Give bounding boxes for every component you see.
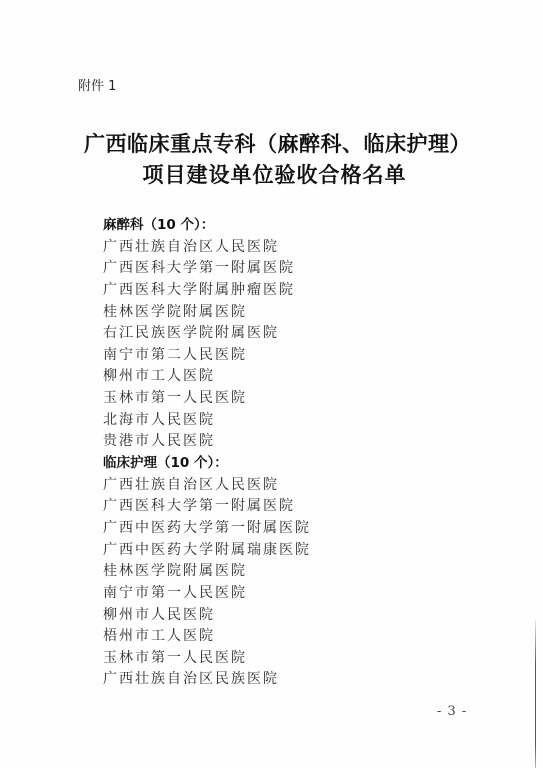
- section-heading-clinical-nursing: 临床护理（10 个）：: [103, 453, 311, 475]
- list-item: 广西医科大学附属肿瘤医院: [103, 280, 311, 302]
- list-item: 柳州市人民医院: [103, 605, 311, 627]
- list-item: 广西中医药大学附属瑞康医院: [103, 540, 311, 562]
- document-page: 附件 1 广西临床重点专科（麻醉科、临床护理） 项目建设单位验收合格名单 麻醉科…: [0, 0, 543, 768]
- list-item: 梧州市工人医院: [103, 626, 311, 648]
- list-item: 玉林市第一人民医院: [103, 388, 311, 410]
- list-item: 南宁市第二人民医院: [103, 345, 311, 367]
- document-title-line-2: 项目建设单位验收合格名单: [0, 162, 543, 188]
- list-item: 桂林医学院附属医院: [103, 561, 311, 583]
- list-item: 广西壮族自治区人民医院: [103, 475, 311, 497]
- list-item: 玉林市第一人民医院: [103, 648, 311, 670]
- hospital-list: 麻醉科（10 个）： 广西壮族自治区人民医院 广西医科大学第一附属医院 广西医科…: [103, 215, 311, 691]
- attachment-label: 附件 1: [78, 79, 116, 95]
- page-number: - 3 -: [437, 704, 467, 720]
- section-heading-anesthesiology: 麻醉科（10 个）：: [103, 215, 311, 237]
- list-item: 桂林医学院附属医院: [103, 302, 311, 324]
- list-item: 广西壮族自治区民族医院: [103, 669, 311, 691]
- list-item: 北海市人民医院: [103, 410, 311, 432]
- scan-edge-line: [535, 620, 536, 768]
- list-item: 广西医科大学第一附属医院: [103, 496, 311, 518]
- list-item: 广西医科大学第一附属医院: [103, 258, 311, 280]
- list-item: 南宁市第一人民医院: [103, 583, 311, 605]
- list-item: 贵港市人民医院: [103, 431, 311, 453]
- list-item: 右江民族医学院附属医院: [103, 323, 311, 345]
- list-item: 柳州市工人医院: [103, 366, 311, 388]
- document-title-line-1: 广西临床重点专科（麻醉科、临床护理）: [0, 131, 543, 157]
- list-item: 广西中医药大学第一附属医院: [103, 518, 311, 540]
- list-item: 广西壮族自治区人民医院: [103, 237, 311, 259]
